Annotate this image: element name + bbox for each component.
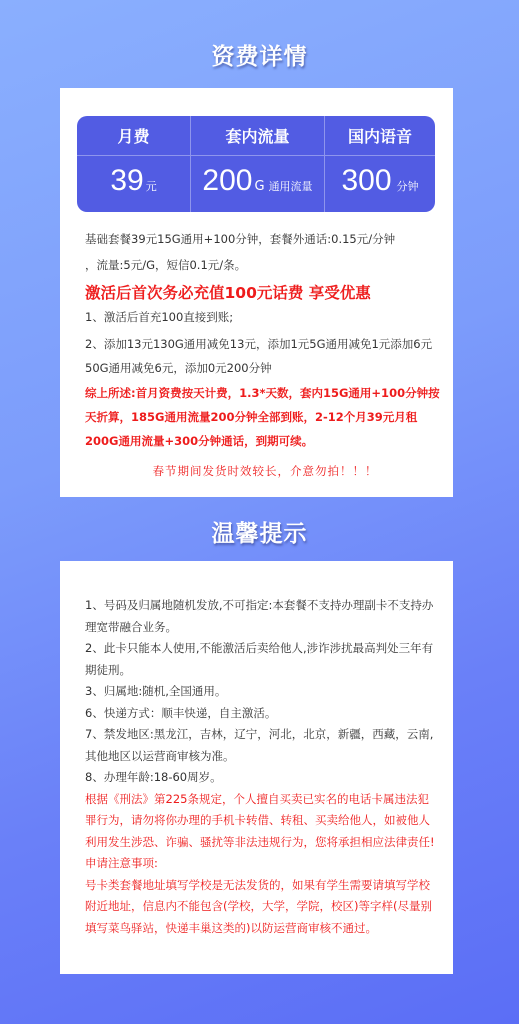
data-value: 200G通用流量 [191, 156, 325, 212]
voice-number: 300 [341, 164, 391, 198]
data-unit: 通用流量 [269, 178, 313, 194]
legal-warning: 根据《刑法》第225条规定，个人擅自买卖已实名的电话卡属违法犯罪行为，请勿将你办… [85, 789, 440, 875]
tip-item: 8、办理年龄:18-60周岁。 [85, 767, 440, 789]
tip-item: 6、快递方式：顺丰快递，自主激活。 [85, 703, 440, 725]
tips-section-title: 温馨提示 [0, 515, 519, 548]
header-voice: 国内语音 [325, 116, 435, 156]
voice-value: 300分钟 [325, 156, 435, 212]
monthly-fee-value: 39元 [77, 156, 191, 212]
base-plan-line-2: ，流量:5元/G，短信0.1元/条。 [85, 254, 445, 276]
header-monthly-fee: 月费 [77, 116, 191, 156]
recharge-headline: 激活后首次务必充值100元话费 享受优惠 [85, 282, 445, 304]
header-data: 套内流量 [191, 116, 325, 156]
data-unit-g: G [254, 179, 264, 194]
tip-item: 3、归属地:随机,全国通用。 [85, 681, 440, 703]
tips-card: 1、号码及归属地随机发放,不可指定:本套餐不支持办理副卡不支持办理宽带融合业务。… [60, 561, 453, 974]
fee-summary: 综上所述:首月资费按天计费，1.3*天数，套内15G通用+100分钟按天折算，1… [85, 381, 445, 453]
voice-unit: 分钟 [397, 178, 419, 194]
holiday-shipping-notice: 春节期间发货时效较长，介意勿拍！！！ [85, 460, 445, 482]
benefit-item-2: 2、添加13元130G通用减免13元，添加1元5G通用减免1元添加6元50G通用… [85, 332, 445, 380]
monthly-fee-number: 39 [110, 164, 143, 198]
tip-item: 1、号码及归属地随机发放,不可指定:本套餐不支持办理副卡不支持办理宽带融合业务。 [85, 595, 440, 638]
fee-section-title: 资费详情 [0, 38, 519, 71]
benefit-item-1: 1、激活后首充100直接到账; [85, 306, 445, 328]
tip-item: 2、此卡只能本人使用,不能激活后卖给他人,涉诈涉扰最高判处三年有期徒刑。 [85, 638, 440, 681]
address-note: 号卡类套餐地址填写学校是无法发货的，如果有学生需要请填写学校附近地址，信息内不能… [85, 875, 440, 940]
tip-item: 7、禁发地区:黑龙江，吉林，辽宁，河北，北京，新疆，西藏，云南,其他地区以运营商… [85, 724, 440, 767]
base-plan-line-1: 基础套餐39元15G通用+100分钟，套餐外通话:0.15元/分钟 [85, 228, 445, 250]
data-number: 200 [202, 164, 252, 198]
monthly-fee-unit: 元 [146, 178, 157, 194]
fee-table: 月费 套内流量 国内语音 39元 200G通用流量 300分钟 [77, 116, 435, 212]
tips-list: 1、号码及归属地随机发放,不可指定:本套餐不支持办理副卡不支持办理宽带融合业务。… [85, 595, 440, 939]
fee-details-card: 月费 套内流量 国内语音 39元 200G通用流量 300分钟 基础套餐39元1… [60, 88, 453, 497]
